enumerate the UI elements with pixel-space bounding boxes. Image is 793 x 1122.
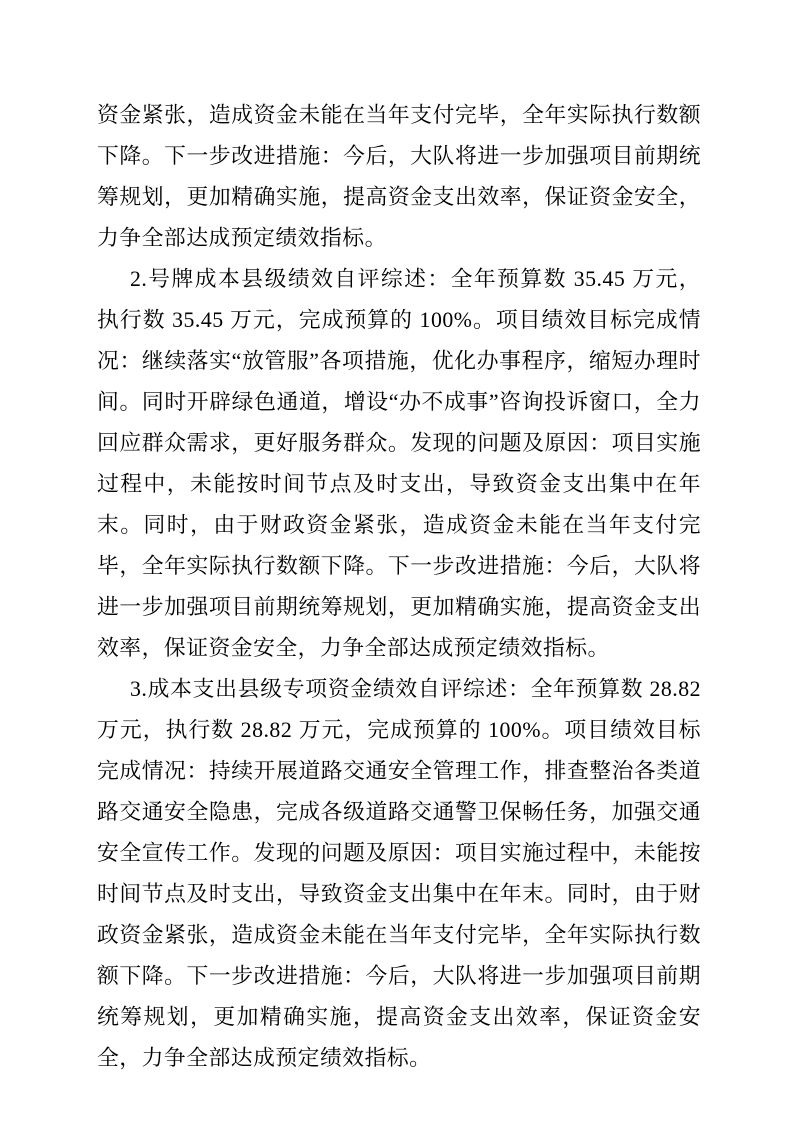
paragraph-item-3-cost-expenditure-self-evaluation: 3.成本支出县级专项资金绩效自评综述：全年预算数 28.82 万元，执行数 28… xyxy=(97,669,701,1079)
document-page: 资金紧张，造成资金未能在当年支付完毕，全年实际执行数额下降。下一步改进措施：今后… xyxy=(0,0,793,1122)
paragraph-item-2-plate-cost-self-evaluation: 2.号牌成本县级绩效自评综述：全年预算数 35.45 万元，执行数 35.45 … xyxy=(97,259,701,669)
document-body: 资金紧张，造成资金未能在当年支付完毕，全年实际执行数额下降。下一步改进措施：今后… xyxy=(97,95,701,1079)
paragraph-continuation: 资金紧张，造成资金未能在当年支付完毕，全年实际执行数额下降。下一步改进措施：今后… xyxy=(97,95,701,259)
